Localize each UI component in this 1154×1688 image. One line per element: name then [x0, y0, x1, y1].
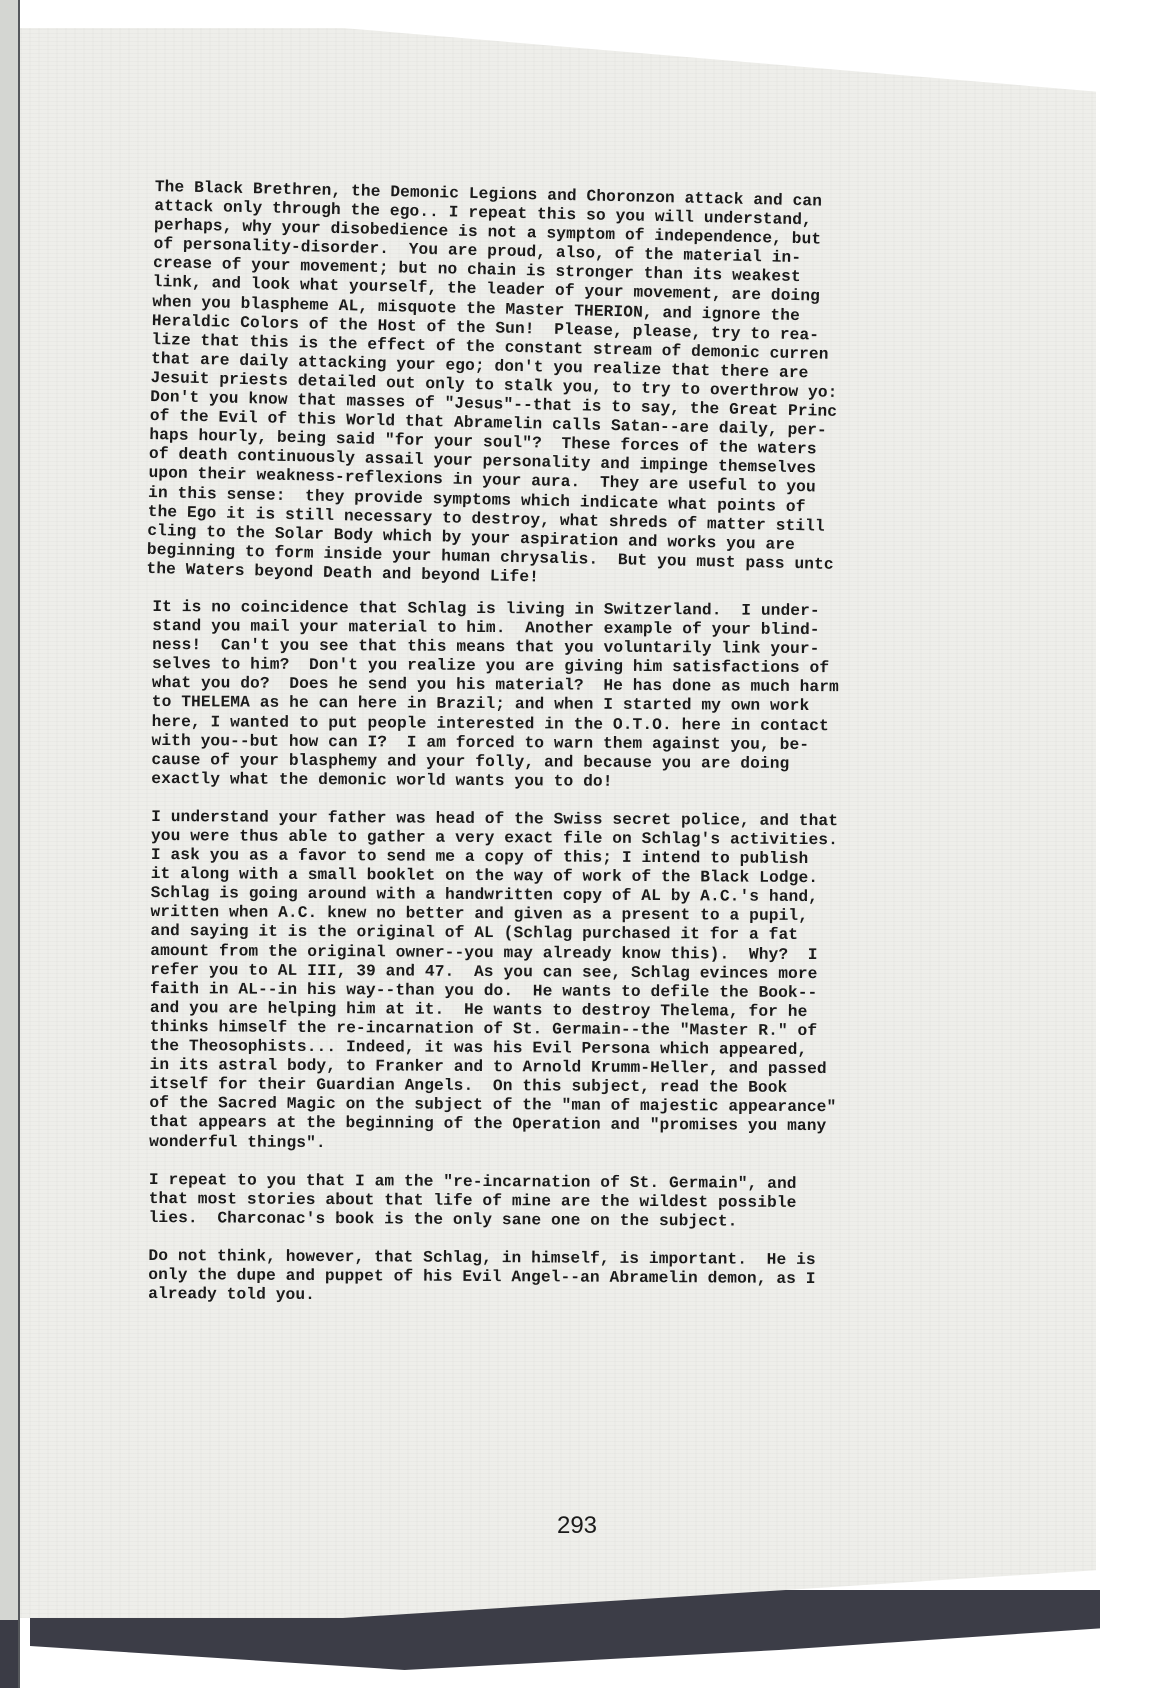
paragraph-2: It is no coincidence that Schlag is livi… — [151, 598, 982, 794]
paragraph-4: I repeat to you that I am the "re-incarn… — [149, 1171, 979, 1233]
page-number: 293 — [0, 1512, 1154, 1540]
typewritten-letter-body: The Black Brethren, the Demonic Legions … — [148, 178, 985, 1328]
paragraph-1: The Black Brethren, the Demonic Legions … — [146, 178, 985, 597]
paragraph-3: I understand your father was head of the… — [149, 808, 981, 1157]
book-spine-shadow — [0, 1620, 18, 1688]
text-line: already told you. — [148, 1285, 978, 1309]
paragraph-5: Do not think, however, that Schlag, in h… — [148, 1247, 978, 1309]
text-line: wonderful things". — [149, 1132, 979, 1156]
text-line: exactly what the demonic world wants you… — [151, 770, 981, 794]
text-line: lies. Charconac's book is the only sane … — [149, 1209, 979, 1233]
adjacent-page-edge — [0, 0, 20, 1688]
